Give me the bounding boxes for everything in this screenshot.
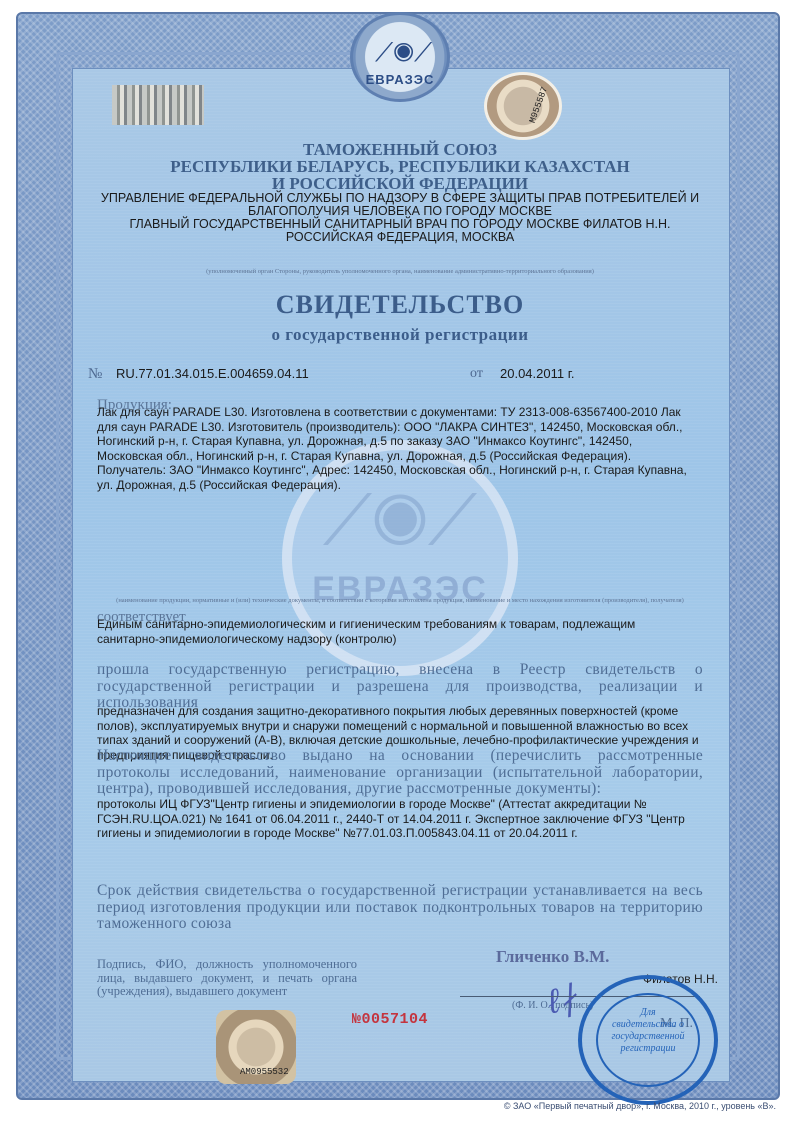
header: ТАМОЖЕННЫЙ СОЮЗ РЕСПУБЛИКИ БЕЛАРУСЬ, РЕС… xyxy=(88,141,712,244)
form-serial-number: №0057104 xyxy=(352,1011,428,1028)
document-subtitle: о государственной регистрации xyxy=(88,325,712,345)
registration-date: 20.04.2011 г. xyxy=(500,366,574,381)
product-description: Лак для саун PARADE L30. Изготовлена в с… xyxy=(97,405,697,493)
date-label: от xyxy=(470,366,483,382)
product-caption: (наименование продукции, нормативные и (… xyxy=(88,597,712,604)
header-line-3: И РОССИЙСКОЙ ФЕДЕРАЦИИ xyxy=(88,175,712,192)
compliance-text: Единым санитарно-эпидемиологическим и ги… xyxy=(97,617,687,646)
authority-caption: (уполномоченный орган Стороны, руководит… xyxy=(88,268,712,275)
authority-line-4: РОССИЙСКАЯ ФЕДЕРАЦИЯ, МОСКВА xyxy=(88,231,712,244)
stamp-text: Для свидетельства о государственной реги… xyxy=(610,1007,686,1055)
eurasec-emblem: ⟋◉⟋ ЕВРАЗЭС xyxy=(350,12,450,102)
signature-label: Подпись, ФИО, должность уполномоченного … xyxy=(97,958,357,999)
document-title: СВИДЕТЕЛЬСТВО xyxy=(88,290,712,320)
emblem-globe-icon: ⟋◉⟋ xyxy=(375,37,431,67)
printer-footer: © ЗАО «Первый печатный двор», г. Москва,… xyxy=(504,1101,776,1111)
fio-caption: (Ф. И. О., подпись) xyxy=(512,1000,593,1011)
emblem-text: ЕВРАЗЭС xyxy=(353,72,447,87)
basis-text: протоколы ИЦ ФГУЗ"Центр гигиены и эпидем… xyxy=(97,797,703,841)
hologram-seal-top xyxy=(484,72,562,140)
official-stamp: Для свидетельства о государственной реги… xyxy=(578,975,718,1105)
official-handwritten-name: Гличенко В.М. xyxy=(496,947,609,967)
header-line-2: РЕСПУБЛИКИ БЕЛАРУСЬ, РЕСПУБЛИКИ КАЗАХСТА… xyxy=(88,158,712,175)
hologram-strip xyxy=(112,85,204,125)
header-line-1: ТАМОЖЕННЫЙ СОЮЗ xyxy=(88,141,712,158)
number-label: № xyxy=(88,366,102,382)
validity-text: Срок действия свидетельства о государств… xyxy=(97,883,703,933)
registration-number: RU.77.01.34.015.E.004659.04.11 xyxy=(116,366,309,381)
hologram-bottom-serial: AM0955532 xyxy=(240,1067,289,1077)
registration-row: № RU.77.01.34.015.E.004659.04.11 от 20.0… xyxy=(88,366,712,383)
basis-label: Настоящее свидетельство выдано на основа… xyxy=(97,748,703,798)
